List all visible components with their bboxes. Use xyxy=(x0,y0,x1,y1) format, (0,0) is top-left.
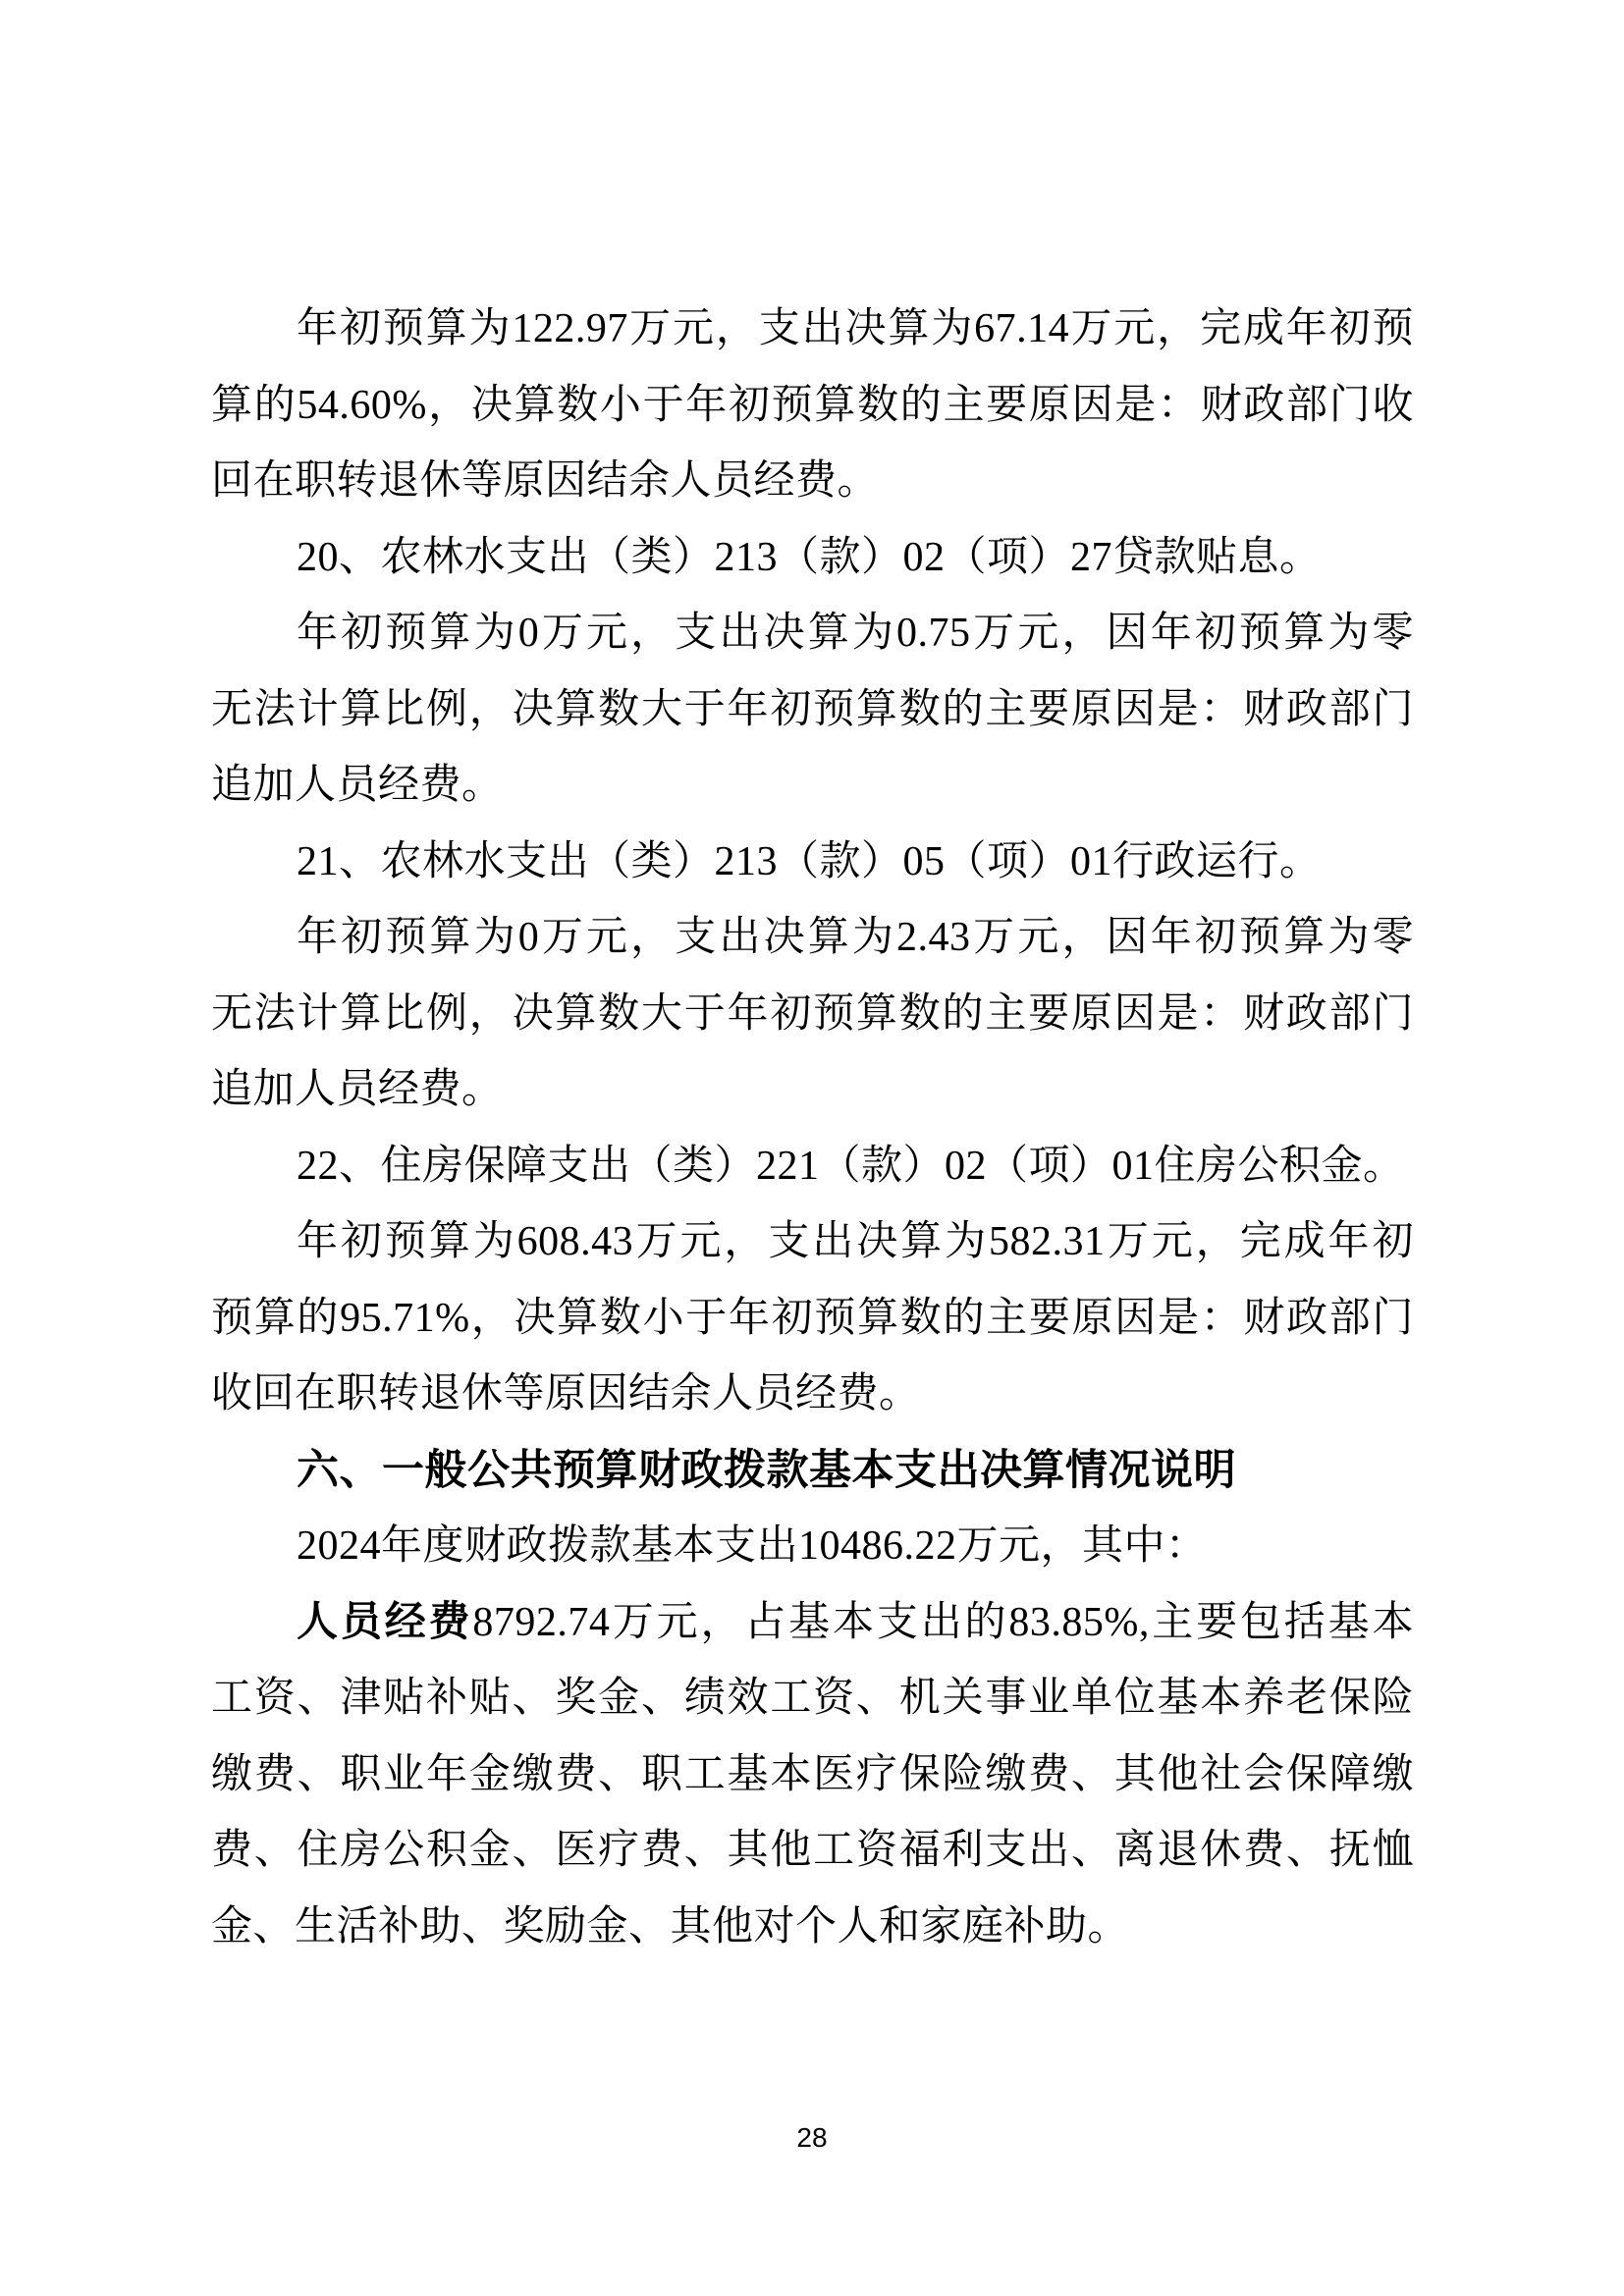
bold-run: 人员经费 xyxy=(297,1600,472,1645)
text-line: 年初预算为608.43万元，支出决算为582.31万元，完成年初 xyxy=(211,1204,1414,1281)
text-line: 缴费、职业年金缴费、职工基本医疗保险缴费、其他社会保障缴 xyxy=(211,1737,1414,1814)
text-line: 年初预算为122.97万元，支出决算为67.14万元，完成年初预 xyxy=(211,292,1414,368)
text-line: 21、农林水支出（类）213（款）05（项）01行政运行。 xyxy=(211,825,1414,901)
document-body: 年初预算为122.97万元，支出决算为67.14万元，完成年初预算的54.60%… xyxy=(211,292,1414,1965)
paragraph: 2024年度财政拨款基本支出10486.22万元，其中： xyxy=(211,1509,1414,1585)
document-page: 年初预算为122.97万元，支出决算为67.14万元，完成年初预算的54.60%… xyxy=(0,0,1624,2296)
text-line: 费、住房公积金、医疗费、其他工资福利支出、离退休费、抚恤 xyxy=(211,1813,1414,1890)
text-line: 无法计算比例，决算数大于年初预算数的主要原因是：财政部门 xyxy=(211,977,1414,1053)
text-line: 追加人员经费。 xyxy=(211,1052,1414,1129)
paragraph: 年初预算为0万元，支出决算为2.43万元，因年初预算为零无法计算比例，决算数大于… xyxy=(211,900,1414,1129)
text-line: 算的54.60%，决算数小于年初预算数的主要原因是：财政部门收 xyxy=(211,368,1414,445)
paragraph: 21、农林水支出（类）213（款）05（项）01行政运行。 xyxy=(211,825,1414,901)
text-line: 20、农林水支出（类）213（款）02（项）27贷款贴息。 xyxy=(211,520,1414,597)
paragraph: 22、住房保障支出（类）221（款）02（项）01住房公积金。 xyxy=(211,1129,1414,1205)
text-line: 金、生活补助、奖励金、其他对个人和家庭补助。 xyxy=(211,1890,1414,1966)
section-heading: 六、一般公共预算财政拨款基本支出决算情况说明 xyxy=(211,1433,1414,1510)
page-number: 28 xyxy=(0,2120,1624,2156)
text-line: 预算的95.71%，决算数小于年初预算数的主要原因是：财政部门 xyxy=(211,1281,1414,1358)
paragraph: 年初预算为122.97万元，支出决算为67.14万元，完成年初预算的54.60%… xyxy=(211,292,1414,520)
text-line: 22、住房保障支出（类）221（款）02（项）01住房公积金。 xyxy=(211,1129,1414,1205)
text-line: 回在职转退休等原因结余人员经费。 xyxy=(211,444,1414,520)
text-line: 人员经费8792.74万元，占基本支出的83.85%,主要包括基本 xyxy=(211,1585,1414,1662)
paragraph: 年初预算为0万元，支出决算为0.75万元，因年初预算为零无法计算比例，决算数大于… xyxy=(211,596,1414,825)
text-line: 无法计算比例，决算数大于年初预算数的主要原因是：财政部门 xyxy=(211,672,1414,749)
text-line: 工资、津贴补贴、奖金、绩效工资、机关事业单位基本养老保险 xyxy=(211,1661,1414,1737)
text-line: 收回在职转退休等原因结余人员经费。 xyxy=(211,1357,1414,1433)
text-line: 追加人员经费。 xyxy=(211,748,1414,825)
text-line: 年初预算为0万元，支出决算为2.43万元，因年初预算为零 xyxy=(211,900,1414,977)
text-line: 年初预算为0万元，支出决算为0.75万元，因年初预算为零 xyxy=(211,596,1414,672)
paragraph: 20、农林水支出（类）213（款）02（项）27贷款贴息。 xyxy=(211,520,1414,597)
text-line: 六、一般公共预算财政拨款基本支出决算情况说明 xyxy=(211,1433,1414,1510)
paragraph: 年初预算为608.43万元，支出决算为582.31万元，完成年初预算的95.71… xyxy=(211,1204,1414,1433)
paragraph: 人员经费8792.74万元，占基本支出的83.85%,主要包括基本工资、津贴补贴… xyxy=(211,1585,1414,1966)
text-line: 2024年度财政拨款基本支出10486.22万元，其中： xyxy=(211,1509,1414,1585)
